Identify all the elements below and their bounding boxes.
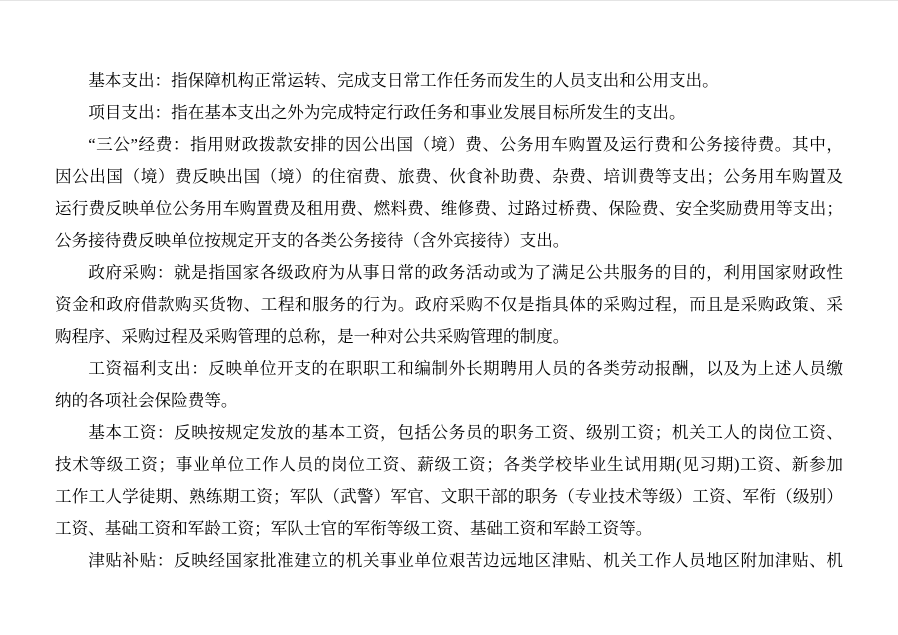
document-page: 基本支出：指保障机构正常运转、完成支日常工作任务而发生的人员支出和公用支出。 项… xyxy=(0,1,898,635)
paragraph-line: 技术等级工资；事业单位工作人员的岗位工资、薪级工资；各类学校毕业生试用期(见习期… xyxy=(55,449,843,481)
paragraph-line: 基本支出：指保障机构正常运转、完成支日常工作任务而发生的人员支出和公用支出。 xyxy=(55,65,843,97)
paragraph-line: 资金和政府借款购买货物、工程和服务的行为。政府采购不仅是指具体的采购过程，而且是… xyxy=(55,289,843,321)
paragraph-line: 纳的各项社会保险费等。 xyxy=(55,385,843,417)
paragraph-three-public-funds: “三公”经费：指用财政拨款安排的因公出国（境）费、公务用车购置及运行费和公务接待… xyxy=(55,129,843,257)
paragraph-line: 工资福利支出：反映单位开支的在职职工和编制外长期聘用人员的各类劳动报酬，以及为上… xyxy=(55,353,843,385)
paragraph-line: 政府采购：就是指国家各级政府为从事日常的政务活动或为了满足公共服务的目的，利用国… xyxy=(55,257,843,289)
paragraph-line: 津贴补贴：反映经国家批准建立的机关事业单位艰苦边远地区津贴、机关工作人员地区附加… xyxy=(55,545,843,577)
paragraph-line: 基本工资：反映按规定发放的基本工资，包括公务员的职务工资、级别工资；机关工人的岗… xyxy=(55,417,843,449)
paragraph-line: 购程序、采购过程及采购管理的总称，是一种对公共采购管理的制度。 xyxy=(55,321,843,353)
paragraph-allowance-subsidy: 津贴补贴：反映经国家批准建立的机关事业单位艰苦边远地区津贴、机关工作人员地区附加… xyxy=(55,545,843,577)
paragraph-line: 因公出国（境）费反映出国（境）的住宿费、旅费、伙食补助费、杂费、培训费等支出；公… xyxy=(55,161,843,193)
paragraph-project-expenditure: 项目支出：指在基本支出之外为完成特定行政任务和事业发展目标所发生的支出。 xyxy=(55,97,843,129)
paragraph-basic-wage: 基本工资：反映按规定发放的基本工资，包括公务员的职务工资、级别工资；机关工人的岗… xyxy=(55,417,843,545)
paragraph-line: 工作工人学徒期、熟练期工资；军队（武警）军官、文职干部的职务（专业技术等级）工资… xyxy=(55,481,843,513)
paragraph-line: “三公”经费：指用财政拨款安排的因公出国（境）费、公务用车购置及运行费和公务接待… xyxy=(55,129,843,161)
paragraph-line: 运行费反映单位公务用车购置费及租用费、燃料费、维修费、过路过桥费、保险费、安全奖… xyxy=(55,193,843,225)
paragraph-line: 公务接待费反映单位按规定开支的各类公务接待（含外宾接待）支出。 xyxy=(55,225,843,257)
paragraph-basic-expenditure: 基本支出：指保障机构正常运转、完成支日常工作任务而发生的人员支出和公用支出。 xyxy=(55,65,843,97)
paragraph-government-procurement: 政府采购：就是指国家各级政府为从事日常的政务活动或为了满足公共服务的目的，利用国… xyxy=(55,257,843,353)
paragraph-wage-welfare-expenditure: 工资福利支出：反映单位开支的在职职工和编制外长期聘用人员的各类劳动报酬，以及为上… xyxy=(55,353,843,417)
paragraph-line: 工资、基础工资和军龄工资；军队士官的军衔等级工资、基础工资和军龄工资等。 xyxy=(55,513,843,545)
paragraph-line: 项目支出：指在基本支出之外为完成特定行政任务和事业发展目标所发生的支出。 xyxy=(55,97,843,129)
